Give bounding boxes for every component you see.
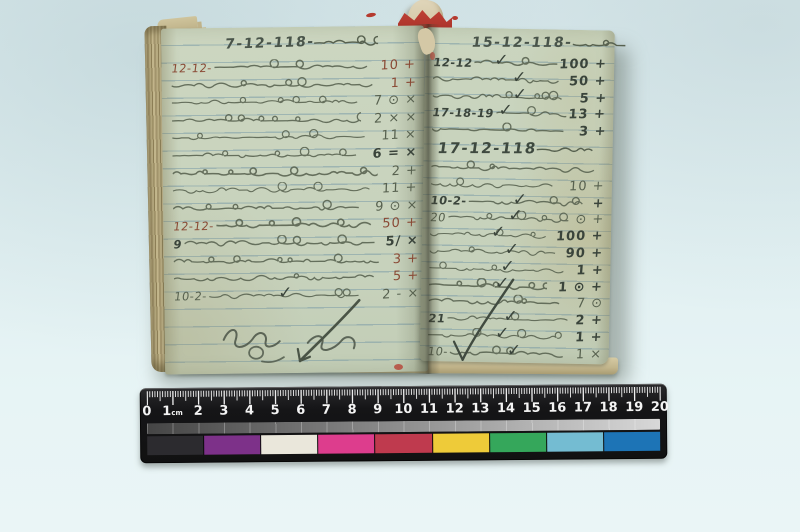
script-squiggle (184, 234, 374, 251)
amount-text: 100 + (559, 57, 608, 73)
amount-text: 2 + (574, 313, 603, 328)
script-squiggle (172, 146, 361, 163)
ledger-line: 2 + (173, 163, 418, 181)
date-text: 7-12-118- (224, 34, 315, 53)
ledger-line: 3 + (174, 251, 419, 269)
ledger-line: 12-12-50 + (173, 216, 418, 234)
ledger-line: 9 ⊙ × (173, 198, 418, 216)
ledger-line (431, 159, 605, 177)
amount-text: + (592, 196, 605, 211)
photo-stage: 7-12-118-12-12-10 +1 +7 ⊙ ×2 × ×11 ×6 = … (0, 0, 800, 532)
ledger-line: 5 + (174, 269, 419, 287)
ruler-number: 1cm (162, 404, 183, 419)
script-squiggle (174, 269, 379, 287)
left-page: 7-12-118-12-12-10 +1 +7 ⊙ ×2 × ×11 ×6 = … (161, 25, 428, 374)
amount-text: 5 + (579, 91, 608, 106)
signature-scrawl (209, 298, 390, 372)
measuring-ruler: 01cm234567891011121314151617181920 (140, 384, 668, 464)
amount-text: 3 + (578, 124, 607, 139)
amount-text: 2 × × (373, 110, 417, 127)
line-prefix-digits: 12-12- (172, 219, 214, 234)
script-squiggle (172, 93, 361, 110)
check-mark: ✓ (508, 206, 523, 226)
ledger-line: 2 × × (172, 110, 417, 128)
amount-text: 100 + (556, 229, 605, 245)
script-squiggle (431, 176, 557, 193)
red-fleck (452, 16, 458, 20)
date-text: 17-12-118 (436, 139, 538, 157)
script-squiggle (433, 71, 559, 88)
ruler-number: 11 (420, 402, 438, 417)
red-fleck (394, 364, 403, 370)
script-squiggle (172, 111, 361, 128)
gutter-shadow (414, 24, 440, 374)
script-squiggle (216, 216, 371, 233)
ruler-number: 6 (296, 403, 305, 418)
check-mark: ✓ (498, 101, 513, 121)
ruler-number: 20 (651, 400, 669, 415)
ledger-line: 17-18-19✓13 + (432, 105, 606, 123)
script-squiggle (572, 36, 636, 52)
ledger-line: 3 + (432, 121, 606, 139)
amount-text: 50 + (569, 74, 608, 90)
amount-text: 90 + (566, 246, 605, 262)
amount-text: 1 + (575, 263, 604, 278)
red-fleck (430, 52, 435, 60)
ruler-number: 7 (322, 403, 331, 418)
amount-text: 11 × (381, 127, 417, 144)
amount-text: 10 + (381, 57, 417, 74)
script-squiggle (430, 243, 556, 260)
ledger-line: ✓5 + (433, 88, 607, 106)
ruler-number: 2 (194, 404, 203, 419)
amount-text: 9 ⊙ × (374, 198, 418, 215)
ruler-number: 3 (219, 404, 228, 419)
amount-text: 1 + (390, 75, 417, 91)
large-check-mark (447, 275, 529, 372)
color-chip-green (490, 433, 546, 452)
script-squiggle (174, 252, 379, 270)
right-page: 15-12-118-12-12✓100 +✓50 +✓5 +17-18-19✓1… (420, 27, 615, 365)
ruler-number: 15 (523, 401, 541, 416)
line-prefix-digits: 12-12- (170, 60, 212, 75)
color-chip-magenta (318, 434, 374, 453)
script-squiggle (314, 34, 378, 50)
ruler-unit-label: cm (171, 409, 183, 417)
ruler-number: 0 (142, 404, 151, 419)
amount-text: 13 + (568, 107, 607, 123)
color-chip-red (376, 434, 432, 453)
ruler-number: 17 (574, 400, 592, 415)
script-squiggle (172, 76, 377, 94)
entry-date-heading: 17-12-118 (438, 138, 601, 159)
red-fleck (366, 12, 377, 18)
script-squiggle (432, 121, 566, 139)
color-chip-yellow (433, 433, 489, 452)
amount-text: 10 + (569, 179, 606, 195)
line-prefix-digits: 17-18-19 (431, 105, 495, 120)
script-squiggle (430, 226, 548, 243)
script-squiggle (173, 181, 370, 198)
color-chip-black (147, 436, 203, 455)
ledger-line: 6 = × (172, 145, 417, 163)
script-squiggle (172, 128, 369, 145)
script-squiggle (214, 58, 369, 75)
amount-text: 7 ⊙ × (373, 92, 417, 109)
color-chip-blue (604, 432, 660, 451)
ruler-number: 5 (271, 403, 280, 418)
script-squiggle (431, 159, 595, 177)
color-chip-light-blue (547, 432, 603, 451)
script-squiggle (537, 142, 601, 158)
entry-date-heading: 7-12-118- (225, 34, 379, 52)
ruler-number: 4 (245, 403, 254, 418)
line-prefix-digits: 9 (173, 237, 183, 251)
ruler-number: 13 (471, 401, 489, 416)
amount-text: 1 × (575, 347, 602, 362)
amount-text: 1 ⊙ + (558, 279, 604, 295)
check-mark: ✓ (494, 50, 509, 70)
ledger-line: 11 × (172, 128, 417, 146)
date-text: 15-12-118- (470, 35, 573, 51)
color-calibration-chips (147, 432, 660, 455)
ruler-number: 10 (394, 402, 412, 417)
ruler-number: 12 (446, 401, 464, 416)
line-prefix-digits: 10-2- (173, 289, 208, 303)
ruler-number: 14 (497, 401, 515, 416)
amount-text: 6 = × (372, 145, 417, 162)
ledger-line: 95/ × (173, 233, 418, 251)
ruler-number: 18 (599, 400, 617, 415)
ledger-line: 20✓⊙ + (430, 210, 604, 228)
ledger-line: 7 ⊙ × (172, 93, 417, 111)
ruler-number: 8 (347, 402, 356, 417)
check-mark: ✓ (513, 84, 528, 104)
script-squiggle (173, 164, 378, 182)
ledger-line: 12-12-10 + (171, 58, 416, 76)
amount-text: 7 ⊙ (576, 296, 603, 311)
ledger-line: ✓90 + (430, 243, 604, 261)
amount-text: 11 + (382, 180, 418, 197)
amount-text: ⊙ + (575, 212, 605, 227)
ruler-number: 16 (548, 401, 566, 416)
ledger-line: 11 + (173, 181, 418, 199)
color-chip-white (261, 435, 317, 454)
amount-text: 1 + (574, 330, 603, 345)
ruler-number: 19 (625, 400, 643, 415)
color-chip-purple (204, 435, 260, 454)
check-mark: ✓ (491, 222, 506, 242)
script-squiggle (173, 199, 362, 216)
ledger-line: 1 + (172, 75, 417, 93)
ruler-number: 9 (373, 402, 382, 417)
